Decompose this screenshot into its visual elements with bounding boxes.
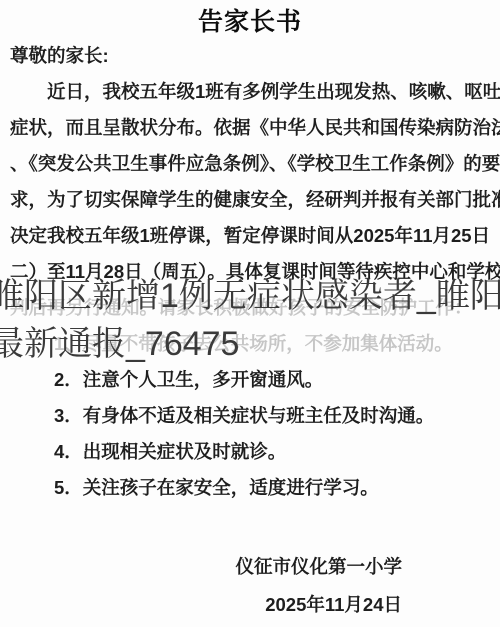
list-item: 3．有身体不适及相关症状与班主任及时沟通。 <box>10 398 494 434</box>
list-item: 4．出现相关症状及时就诊。 <box>10 434 494 470</box>
paragraph-line: 求，为了切实保障学生的健康安全，经研判并报有关部门批准， <box>10 182 494 218</box>
signature-block: 仪征市仪化第一小学 2025年11月24日 <box>0 548 500 624</box>
paragraph-line: 近日，我校五年级1班有多例学生出现发热、咳嗽、呕吐等 <box>10 74 494 110</box>
notice-page: 告家长书 尊敬的家长: 近日，我校五年级1班有多例学生出现发热、咳嗽、呕吐等 症… <box>0 0 500 627</box>
signature-school: 仪征市仪化第一小学 <box>0 548 402 586</box>
salutation: 尊敬的家长: <box>10 38 494 74</box>
notice-title: 告家长书 <box>0 2 500 38</box>
signature-date: 2025年11月24日 <box>0 586 402 624</box>
overlay-article-title-line1: 睢阳区新增1例无症状感染者_睢阳区疫情防控 <box>0 272 500 320</box>
overlay-article-title-line2: 最新通报_76475 <box>0 320 500 368</box>
paragraph-line: 症状，而且呈散状分布。依据《中华人民共和国传染病防治法》 <box>10 110 494 146</box>
overlay-article-title: 睢阳区新增1例无症状感染者_睢阳区疫情防控 最新通报_76475 <box>0 272 500 368</box>
list-item: 5．关注孩子在家安全，适度进行学习。 <box>10 470 494 506</box>
paragraph-line: 决定我校五年级1班停课，暂定停课时间从2025年11月25日（周 <box>10 218 494 254</box>
paragraph-line: 、《突发公共卫生事件应急条例》、《学校卫生工作条例》的要 <box>10 146 494 182</box>
